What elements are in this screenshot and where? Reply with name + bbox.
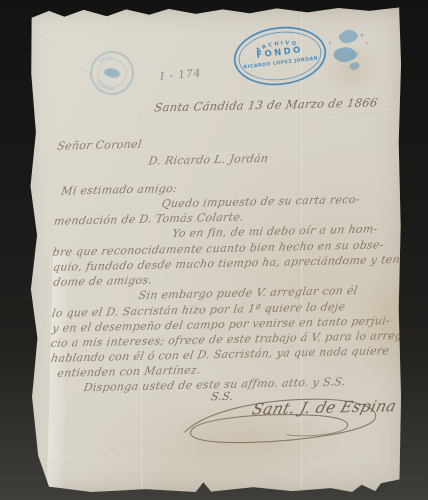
blue-ink-blot	[318, 23, 376, 79]
handwritten-text-block: Santa Cándida 13 de Marzo de 1866Señor C…	[42, 95, 401, 423]
signature-flourish	[173, 387, 389, 456]
oval-stamp-dots: · · · · · · ·	[273, 67, 290, 74]
scanned-letter-photo: I - 174 ARCHIVO FONDO RICARDO LOPEZ JORD…	[0, 0, 428, 500]
handwriting-line-dateline: Santa Cándida 13 de Marzo de 1866	[153, 95, 396, 116]
oval-fondo-stamp: ARCHIVO FONDO RICARDO LOPEZ JORDAN · · ·…	[229, 19, 332, 92]
letter-paper: I - 174 ARCHIVO FONDO RICARDO LOPEZ JORD…	[22, 5, 408, 495]
handwriting-line-salutation: D. Ricardo L. Jordán	[148, 148, 398, 169]
archive-number-annotation: I - 174	[160, 67, 202, 83]
round-ink-stamp	[84, 45, 140, 101]
